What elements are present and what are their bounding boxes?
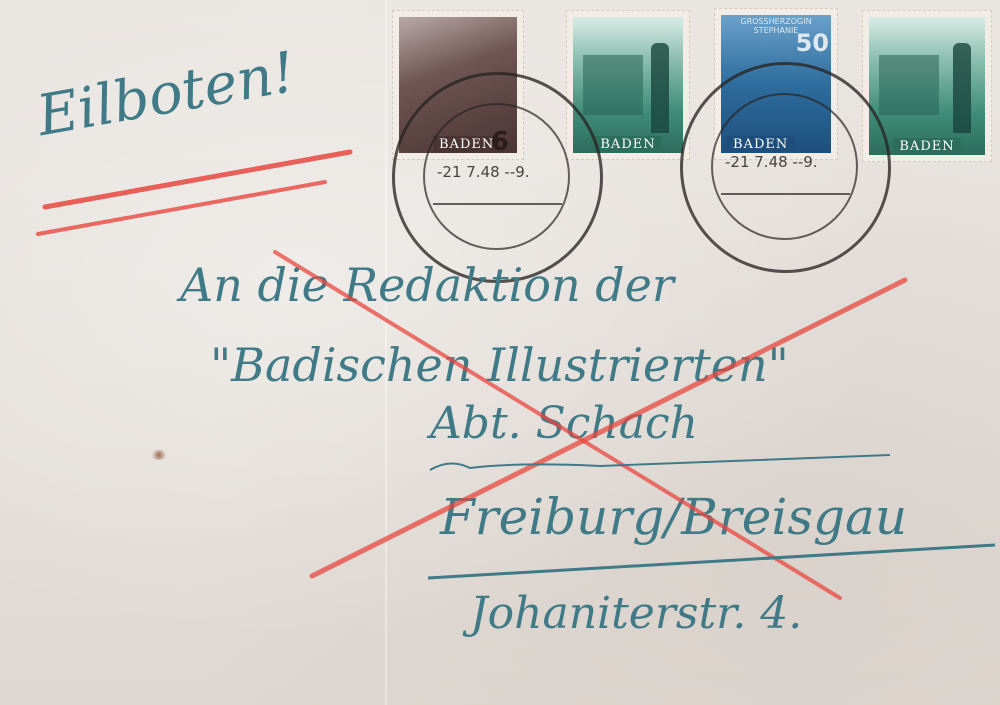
red-cross-stroke-2 — [312, 280, 905, 576]
red-underline-1 — [45, 152, 350, 207]
red-underline-2 — [38, 182, 325, 234]
markings-overlay — [0, 0, 1000, 705]
ink-underline-abt — [430, 455, 890, 470]
red-cross-stroke-1 — [275, 252, 840, 598]
ink-underline-city — [428, 545, 995, 578]
envelope: BADEN 6 BADEN GROSSHERZOGIN STEPHANIE BA… — [0, 0, 1000, 705]
